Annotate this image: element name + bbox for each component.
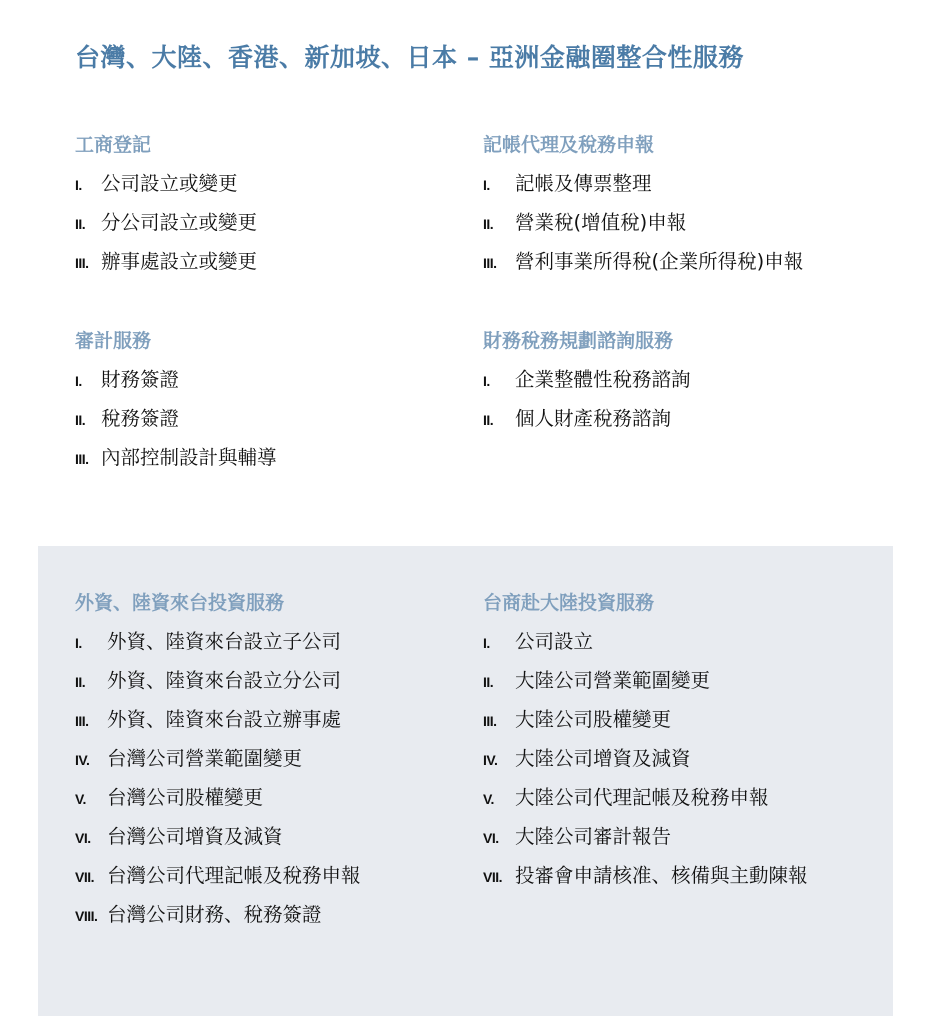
section-title: 台商赴大陸投資服務 [483,590,808,616]
item-numeral: II. [483,663,515,702]
item-numeral: III. [483,702,515,741]
item-text: 大陸公司營業範圍變更 [515,661,710,700]
item-text: 大陸公司股權變更 [515,700,671,739]
item-text: 大陸公司代理記帳及稅務申報 [515,778,769,817]
item-numeral: VI. [483,819,515,858]
section-title: 外資、陸資來台投資服務 [75,590,361,616]
item-numeral: I. [483,362,515,401]
section-title: 審計服務 [75,328,277,354]
item-numeral: III. [75,244,101,283]
section-business-registration: 工商登記 I. 公司設立或變更 II. 分公司設立或變更 III. 辦事處設立或… [75,132,257,281]
section-taiwan-investment-mainland: 台商赴大陸投資服務 I. 公司設立 II. 大陸公司營業範圍變更 III. 大陸… [483,590,808,895]
list-item: II. 分公司設立或變更 [75,203,257,242]
list-item: VI. 台灣公司增資及減資 [75,817,361,856]
item-numeral: III. [483,244,515,283]
section-bookkeeping-tax: 記帳代理及稅務申報 I. 記帳及傳票整理 II. 營業稅(增值稅)申報 III.… [483,132,803,281]
item-numeral: II. [75,663,107,702]
item-text: 台灣公司營業範圍變更 [107,739,302,778]
list-item: II. 營業稅(增值稅)申報 [483,203,803,242]
item-text: 外資、陸資來台設立辦事處 [107,700,341,739]
list-item: I. 財務簽證 [75,360,277,399]
list-item: V. 台灣公司股權變更 [75,778,361,817]
item-text: 外資、陸資來台設立子公司 [107,622,341,661]
item-text: 分公司設立或變更 [101,203,257,242]
item-numeral: II. [75,401,101,440]
item-text: 台灣公司股權變更 [107,778,263,817]
item-numeral: I. [483,624,515,663]
list-item: VI. 大陸公司審計報告 [483,817,808,856]
item-numeral: I. [483,166,515,205]
item-numeral: IV. [483,741,515,780]
item-text: 辦事處設立或變更 [101,242,257,281]
item-list: I. 公司設立或變更 II. 分公司設立或變更 III. 辦事處設立或變更 [75,164,257,281]
list-item: II. 稅務簽證 [75,399,277,438]
item-text: 公司設立 [515,622,593,661]
list-item: VII. 投審會申請核准、核備與主動陳報 [483,856,808,895]
item-list: I. 外資、陸資來台設立子公司 II. 外資、陸資來台設立分公司 III. 外資… [75,622,361,934]
item-list: I. 記帳及傳票整理 II. 營業稅(增值稅)申報 III. 營利事業所得稅(企… [483,164,803,281]
section-title: 工商登記 [75,132,257,158]
item-numeral: I. [75,624,107,663]
item-text: 稅務簽證 [101,399,179,438]
item-text: 營業稅(增值稅)申報 [515,203,686,242]
item-text: 大陸公司審計報告 [515,817,671,856]
list-item: II. 大陸公司營業範圍變更 [483,661,808,700]
item-numeral: IV. [75,741,107,780]
item-text: 企業整體性稅務諮詢 [515,360,691,399]
item-list: I. 公司設立 II. 大陸公司營業範圍變更 III. 大陸公司股權變更 IV.… [483,622,808,895]
item-text: 個人財產稅務諮詢 [515,399,671,438]
list-item: III. 辦事處設立或變更 [75,242,257,281]
section-title: 記帳代理及稅務申報 [483,132,803,158]
list-item: VIII. 台灣公司財務、稅務簽證 [75,895,361,934]
list-item: III. 內部控制設計與輔導 [75,438,277,477]
item-text: 內部控制設計與輔導 [101,438,277,477]
list-item: I. 公司設立 [483,622,808,661]
item-numeral: VII. [483,858,515,897]
list-item: I. 企業整體性稅務諮詢 [483,360,691,399]
list-item: I. 記帳及傳票整理 [483,164,803,203]
list-item: VII. 台灣公司代理記帳及稅務申報 [75,856,361,895]
item-text: 記帳及傳票整理 [515,164,652,203]
item-text: 財務簽證 [101,360,179,399]
list-item: III. 外資、陸資來台設立辦事處 [75,700,361,739]
section-title: 財務稅務規劃諮詢服務 [483,328,691,354]
list-item: II. 外資、陸資來台設立分公司 [75,661,361,700]
item-numeral: III. [75,702,107,741]
list-item: I. 公司設立或變更 [75,164,257,203]
item-numeral: V. [483,780,515,819]
item-text: 投審會申請核准、核備與主動陳報 [515,856,808,895]
item-list: I. 企業整體性稅務諮詢 II. 個人財產稅務諮詢 [483,360,691,438]
item-numeral: II. [75,205,101,244]
section-audit: 審計服務 I. 財務簽證 II. 稅務簽證 III. 內部控制設計與輔導 [75,328,277,477]
section-foreign-investment-taiwan: 外資、陸資來台投資服務 I. 外資、陸資來台設立子公司 II. 外資、陸資來台設… [75,590,361,934]
item-text: 台灣公司增資及減資 [107,817,283,856]
item-numeral: I. [75,166,101,205]
item-numeral: I. [75,362,101,401]
item-text: 台灣公司財務、稅務簽證 [107,895,322,934]
item-numeral: II. [483,401,515,440]
item-numeral: II. [483,205,515,244]
list-item: II. 個人財產稅務諮詢 [483,399,691,438]
list-item: IV. 台灣公司營業範圍變更 [75,739,361,778]
item-numeral: VI. [75,819,107,858]
item-numeral: III. [75,440,101,479]
section-tax-planning: 財務稅務規劃諮詢服務 I. 企業整體性稅務諮詢 II. 個人財產稅務諮詢 [483,328,691,438]
list-item: III. 營利事業所得稅(企業所得稅)申報 [483,242,803,281]
list-item: I. 外資、陸資來台設立子公司 [75,622,361,661]
item-text: 大陸公司增資及減資 [515,739,691,778]
item-text: 營利事業所得稅(企業所得稅)申報 [515,242,803,281]
item-text: 外資、陸資來台設立分公司 [107,661,341,700]
item-list: I. 財務簽證 II. 稅務簽證 III. 內部控制設計與輔導 [75,360,277,477]
item-numeral: VII. [75,858,107,897]
list-item: V. 大陸公司代理記帳及稅務申報 [483,778,808,817]
item-numeral: VIII. [75,897,107,936]
item-text: 公司設立或變更 [101,164,238,203]
page-title: 台灣、大陸、香港、新加坡、日本 – 亞洲金融圈整合性服務 [75,38,744,74]
list-item: IV. 大陸公司增資及減資 [483,739,808,778]
list-item: III. 大陸公司股權變更 [483,700,808,739]
item-text: 台灣公司代理記帳及稅務申報 [107,856,361,895]
item-numeral: V. [75,780,107,819]
